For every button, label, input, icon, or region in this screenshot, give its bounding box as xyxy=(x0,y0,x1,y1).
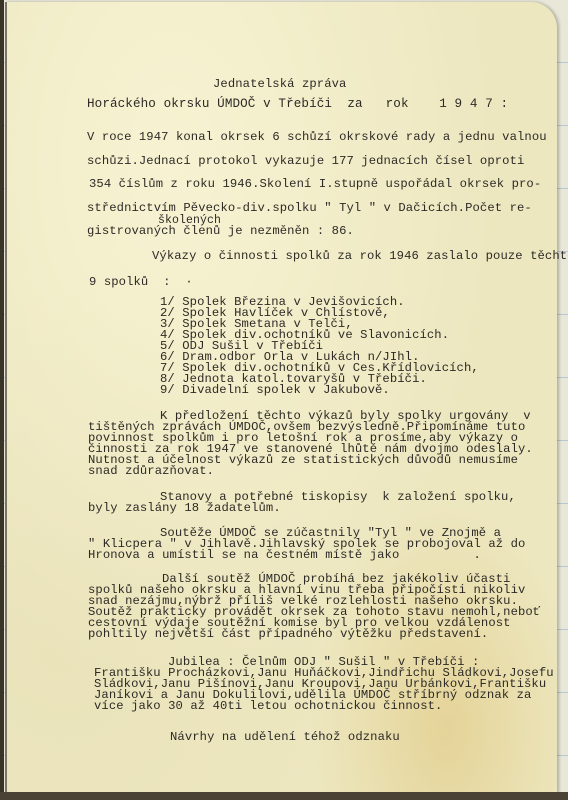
document-title: Jednatelská zpráva xyxy=(213,78,346,91)
binding-edge xyxy=(0,792,568,800)
text-line: gistrovaných členů je nezměněn : 86. xyxy=(87,225,354,238)
text-line: byly zaslány 18 žadatelům. xyxy=(88,502,281,515)
text-line: 9 spolků : · xyxy=(89,276,193,289)
document-subtitle: Horáckého okrsku ÚMDOČ v Třebíči za rok … xyxy=(87,98,508,111)
list-item: 9/ Divadelní spolek v Jakubově. xyxy=(160,384,390,397)
text-line: 354 číslům z roku 1946.Skolení I.stupně … xyxy=(89,178,541,191)
text-line: Hronova a umístil se na čestném místě ja… xyxy=(88,549,481,562)
text-line: pohltily největší část případného výtěžk… xyxy=(88,628,488,641)
paragraph-proposals: Návrhy na udělení téhož odznaku xyxy=(170,731,400,744)
text-line: více jako 30 až 40ti letou ochotnickou č… xyxy=(94,700,442,713)
text-line: V roce 1947 konal okrsek 6 schůzí okrsko… xyxy=(87,131,547,144)
text-line: střednictvím Pěvecko-div.spolku " Tyl " … xyxy=(87,202,532,215)
text-line: snad zdůrazňovat. xyxy=(88,465,214,478)
text-line: schůzi.Jednací protokol vykazuje 177 jed… xyxy=(87,155,524,168)
text-line: Výkazy o činnosti spolků za rok 1946 zas… xyxy=(152,250,568,263)
